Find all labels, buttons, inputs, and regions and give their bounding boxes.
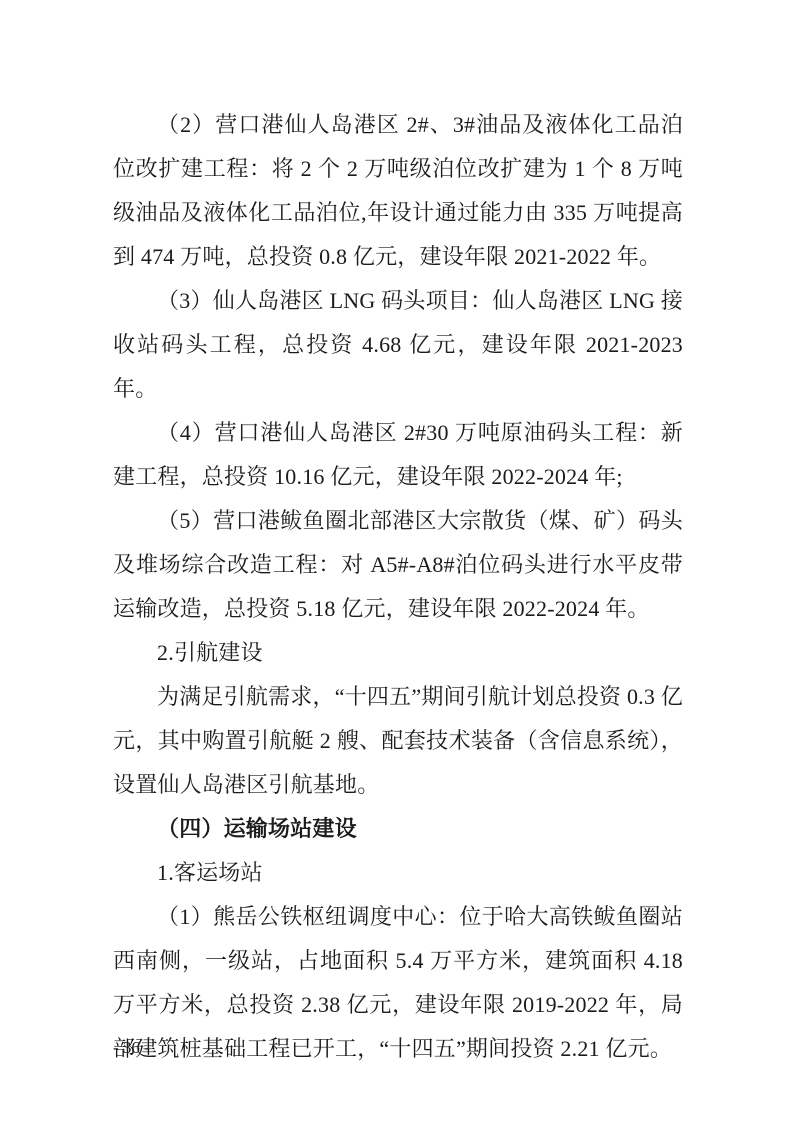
paragraph-crude-oil-terminal-project: （4）营口港仙人岛港区 2#30 万吨原油码头工程：新建工程，总投资 10.16…	[113, 411, 683, 499]
paragraph-bulk-cargo-terminal-renovation: （5）营口港鲅鱼圈北部港区大宗散货（煤、矿）码头及堆场综合改造工程：对 A5#-…	[113, 499, 683, 631]
heading-passenger-station: 1.客运场站	[113, 851, 683, 895]
paragraph-berth-2-3-reconstruction: （2）营口港仙人岛港区 2#、3#油品及液体化工品泊位改扩建工程：将 2 个 2…	[113, 103, 683, 279]
heading-transport-station-construction: （四）运输场站建设	[113, 807, 683, 851]
heading-pilotage-construction: 2.引航建设	[113, 631, 683, 675]
paragraph-xiongyue-rail-road-hub: （1）熊岳公铁枢纽调度中心：位于哈大高铁鲅鱼圈站西南侧，一级站，占地面积 5.4…	[113, 895, 683, 1071]
paragraph-lng-terminal-project: （3）仙人岛港区 LNG 码头项目：仙人岛港区 LNG 接收站码头工程，总投资 …	[113, 279, 683, 411]
paragraph-pilotage-investment-plan: 为满足引航需求，“十四五”期间引航计划总投资 0.3 亿元，其中购置引航艇 2 …	[113, 675, 683, 807]
page-number: - 36 -	[113, 1036, 150, 1060]
document-body: （2）营口港仙人岛港区 2#、3#油品及液体化工品泊位改扩建工程：将 2 个 2…	[113, 103, 683, 1071]
document-page: （2）营口港仙人岛港区 2#、3#油品及液体化工品泊位改扩建工程：将 2 个 2…	[0, 0, 793, 1122]
